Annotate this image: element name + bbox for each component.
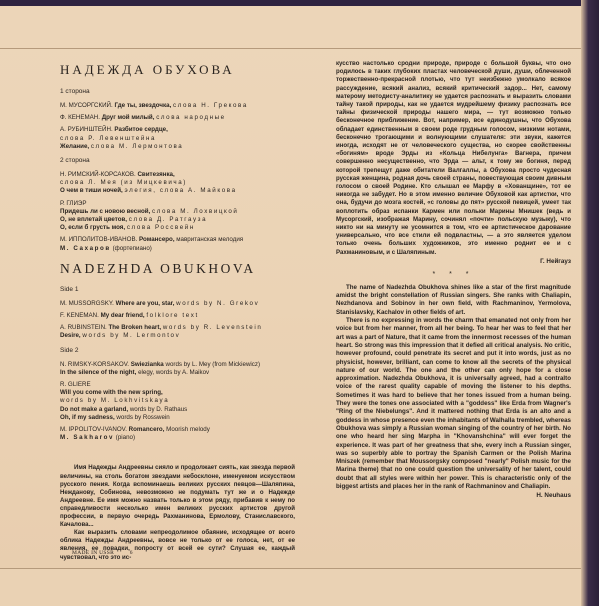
track-note: elegy, words by A. Maikov — [138, 369, 209, 376]
track-note: слова Р. Левенштейна — [60, 135, 156, 142]
essay-paragraph: The name of Nadezhda Obukhova shines lik… — [336, 284, 571, 317]
track-note: words by R. Levenstein — [163, 324, 263, 331]
track-title: О, если б грусть моя, — [60, 224, 125, 231]
sleeve-right-edge — [581, 0, 599, 606]
track-title: Oh, if my sadness, — [60, 414, 115, 421]
composer: N. RIMSKY-KORSAKOV. — [60, 361, 129, 368]
essay-paragraph: кусство настолько сродни природе, природ… — [336, 60, 571, 257]
composer: M. MUSSORGSKY. — [60, 300, 114, 307]
composer: А. РУБИНШТЕЙН. — [60, 126, 113, 133]
left-column: НАДЕЖДА ОБУХОВА 1 сторона М. МУСОРГСКИЙ.… — [60, 56, 295, 562]
track-title: In the silence of the night, — [60, 369, 136, 376]
track-note: слова Н. Грекова — [173, 102, 248, 109]
track-note: слова Россвейн — [127, 224, 195, 231]
composer: M. IPPOLITOV-IVANOV. — [60, 426, 127, 433]
track-note: слова М. Лермонтова — [91, 143, 184, 150]
track-title: Романсеро, — [139, 236, 175, 243]
track-title: Желание, — [60, 143, 89, 150]
track-note: слова народные — [156, 114, 226, 121]
english-side2-label: Side 2 — [60, 347, 295, 354]
track-list-item: М. ИППОЛИТОВ-ИВАНОВ. Романсеро, мавритан… — [60, 236, 295, 252]
track-note: мавританская мелодия — [176, 236, 243, 243]
track-list-item: F. KENEMAN. My dear friend, folklore tex… — [60, 312, 295, 320]
track-note: слова Л. Мея (из Мицкевича) — [60, 179, 187, 186]
track-note: words by L. Mey (from Mickiewicz) — [166, 361, 261, 368]
russian-side1-label: 1 сторона — [60, 88, 295, 95]
track-list-item: M. IPPOLITOV-IVANOV. Romancero, Moorish … — [60, 426, 295, 442]
track-title: О чем в тиши ночей, — [60, 187, 123, 194]
pianist-role: (фортепиано) — [113, 245, 152, 252]
track-list-item: R. GLIERE Will you come with the new spr… — [60, 381, 295, 422]
track-list-item: Н. РИМСКИЙ-КОРСАКОВ. Свитезянка, слова Л… — [60, 171, 295, 196]
composer: М. ИППОЛИТОВ-ИВАНОВ. — [60, 236, 137, 243]
english-signature: H. Neuhaus — [336, 492, 571, 499]
composer: Н. РИМСКИЙ-КОРСАКОВ. — [60, 171, 136, 178]
track-note: words by N. Grekov — [176, 300, 259, 307]
track-title: Друг мой милый, — [102, 114, 155, 121]
english-essay: The name of Nadezhda Obukhova shines lik… — [336, 284, 571, 491]
track-list-item: М. МУСОРГСКИЙ. Где ты, звездочка, слова … — [60, 102, 295, 110]
track-title: Swiezianka — [131, 361, 164, 368]
russian-side2-label: 2 сторона — [60, 157, 295, 164]
track-note: элегия, слова А. Майкова — [124, 187, 236, 194]
track-title: Desire, — [60, 332, 81, 339]
track-list-item: A. RUBINSTEIN. The Broken heart, words b… — [60, 324, 295, 340]
track-title: Do not make a garland, — [60, 406, 128, 413]
track-note: words by D. Rathaus — [130, 406, 187, 413]
russian-essay-continued: кусство настолько сродни природе, природ… — [336, 60, 571, 257]
english-title: NADEZHDA OBUKHOVA — [60, 261, 295, 277]
essay-paragraph: Имя Надежды Андреевны сияло и продолжает… — [60, 464, 295, 529]
pianist-role: (piano) — [116, 434, 135, 441]
track-note: Moorish melody — [166, 426, 210, 433]
track-list-item: Ф. КЕНЕМАН. Друг мой милый, слова народн… — [60, 114, 295, 122]
russian-signature: Г. Нейгауз — [336, 258, 571, 265]
footer: MADE IN USSR 6 — [72, 550, 133, 556]
composer: Ф. КЕНЕМАН. — [60, 114, 100, 121]
sleeve-bottom-flap — [0, 568, 582, 606]
track-note: слова Д. Ратгауза — [129, 216, 207, 223]
made-in-label: MADE IN USSR — [72, 550, 114, 556]
track-list-item: А. РУБИНШТЕЙН. Разбитое сердце, слова Р.… — [60, 126, 295, 151]
track-note: folklore text — [146, 312, 198, 319]
track-title: Разбитое сердце, — [114, 126, 167, 133]
right-column: кусство настолько сродни природе, природ… — [336, 60, 571, 499]
track-title: The Broken heart, — [109, 324, 162, 331]
track-title: Придешь ли с новою весной, — [60, 208, 150, 215]
sleeve-top-flap — [0, 6, 582, 49]
essay-paragraph: Как выразить словами непреодолимое обаян… — [60, 529, 295, 561]
english-side1-label: Side 1 — [60, 286, 295, 293]
composer: A. RUBINSTEIN. — [60, 324, 107, 331]
track-note: words by M. Lokhvitskaya — [60, 397, 169, 404]
track-list-item: Р. ГЛИЭР Придешь ли с новою весной, слов… — [60, 200, 295, 233]
composer: М. МУСОРГСКИЙ. — [60, 102, 113, 109]
russian-title: НАДЕЖДА ОБУХОВА — [60, 62, 295, 78]
track-title: О, не вплетай цветов, — [60, 216, 127, 223]
track-title: Romancero, — [129, 426, 165, 433]
track-list-item: M. MUSSORGSKY. Where are you, star, word… — [60, 300, 295, 308]
section-separator: * * * — [336, 271, 571, 278]
track-title: Где ты, звездочка, — [114, 102, 171, 109]
composer: R. GLIERE — [60, 381, 91, 388]
composer: F. KENEMAN. — [60, 312, 99, 319]
record-sleeve-back: НАДЕЖДА ОБУХОВА 1 сторона М. МУСОРГСКИЙ.… — [0, 0, 599, 606]
pianist-name: M. Sakharov — [60, 434, 114, 441]
track-list-item: N. RIMSKY-KORSAKOV. Swiezianka words by … — [60, 361, 295, 377]
track-title: My dear friend, — [101, 312, 145, 319]
track-note: words by Rosswein — [116, 414, 169, 421]
track-title: Will you come with the new spring, — [60, 389, 163, 396]
catalog-number: 6 — [130, 550, 133, 556]
composer: Р. ГЛИЭР — [60, 200, 86, 207]
russian-essay: Имя Надежды Андреевны сияло и продолжает… — [60, 464, 295, 561]
essay-paragraph: There is no expressing in words the char… — [336, 317, 571, 491]
track-note: words by M. Lermontov — [82, 332, 180, 339]
track-title: Where are you, star, — [116, 300, 175, 307]
track-title: Свитезянка, — [137, 171, 174, 178]
track-note: слова М. Лохвицкой — [152, 208, 238, 215]
pianist-name: М. Сахаров — [60, 245, 111, 252]
